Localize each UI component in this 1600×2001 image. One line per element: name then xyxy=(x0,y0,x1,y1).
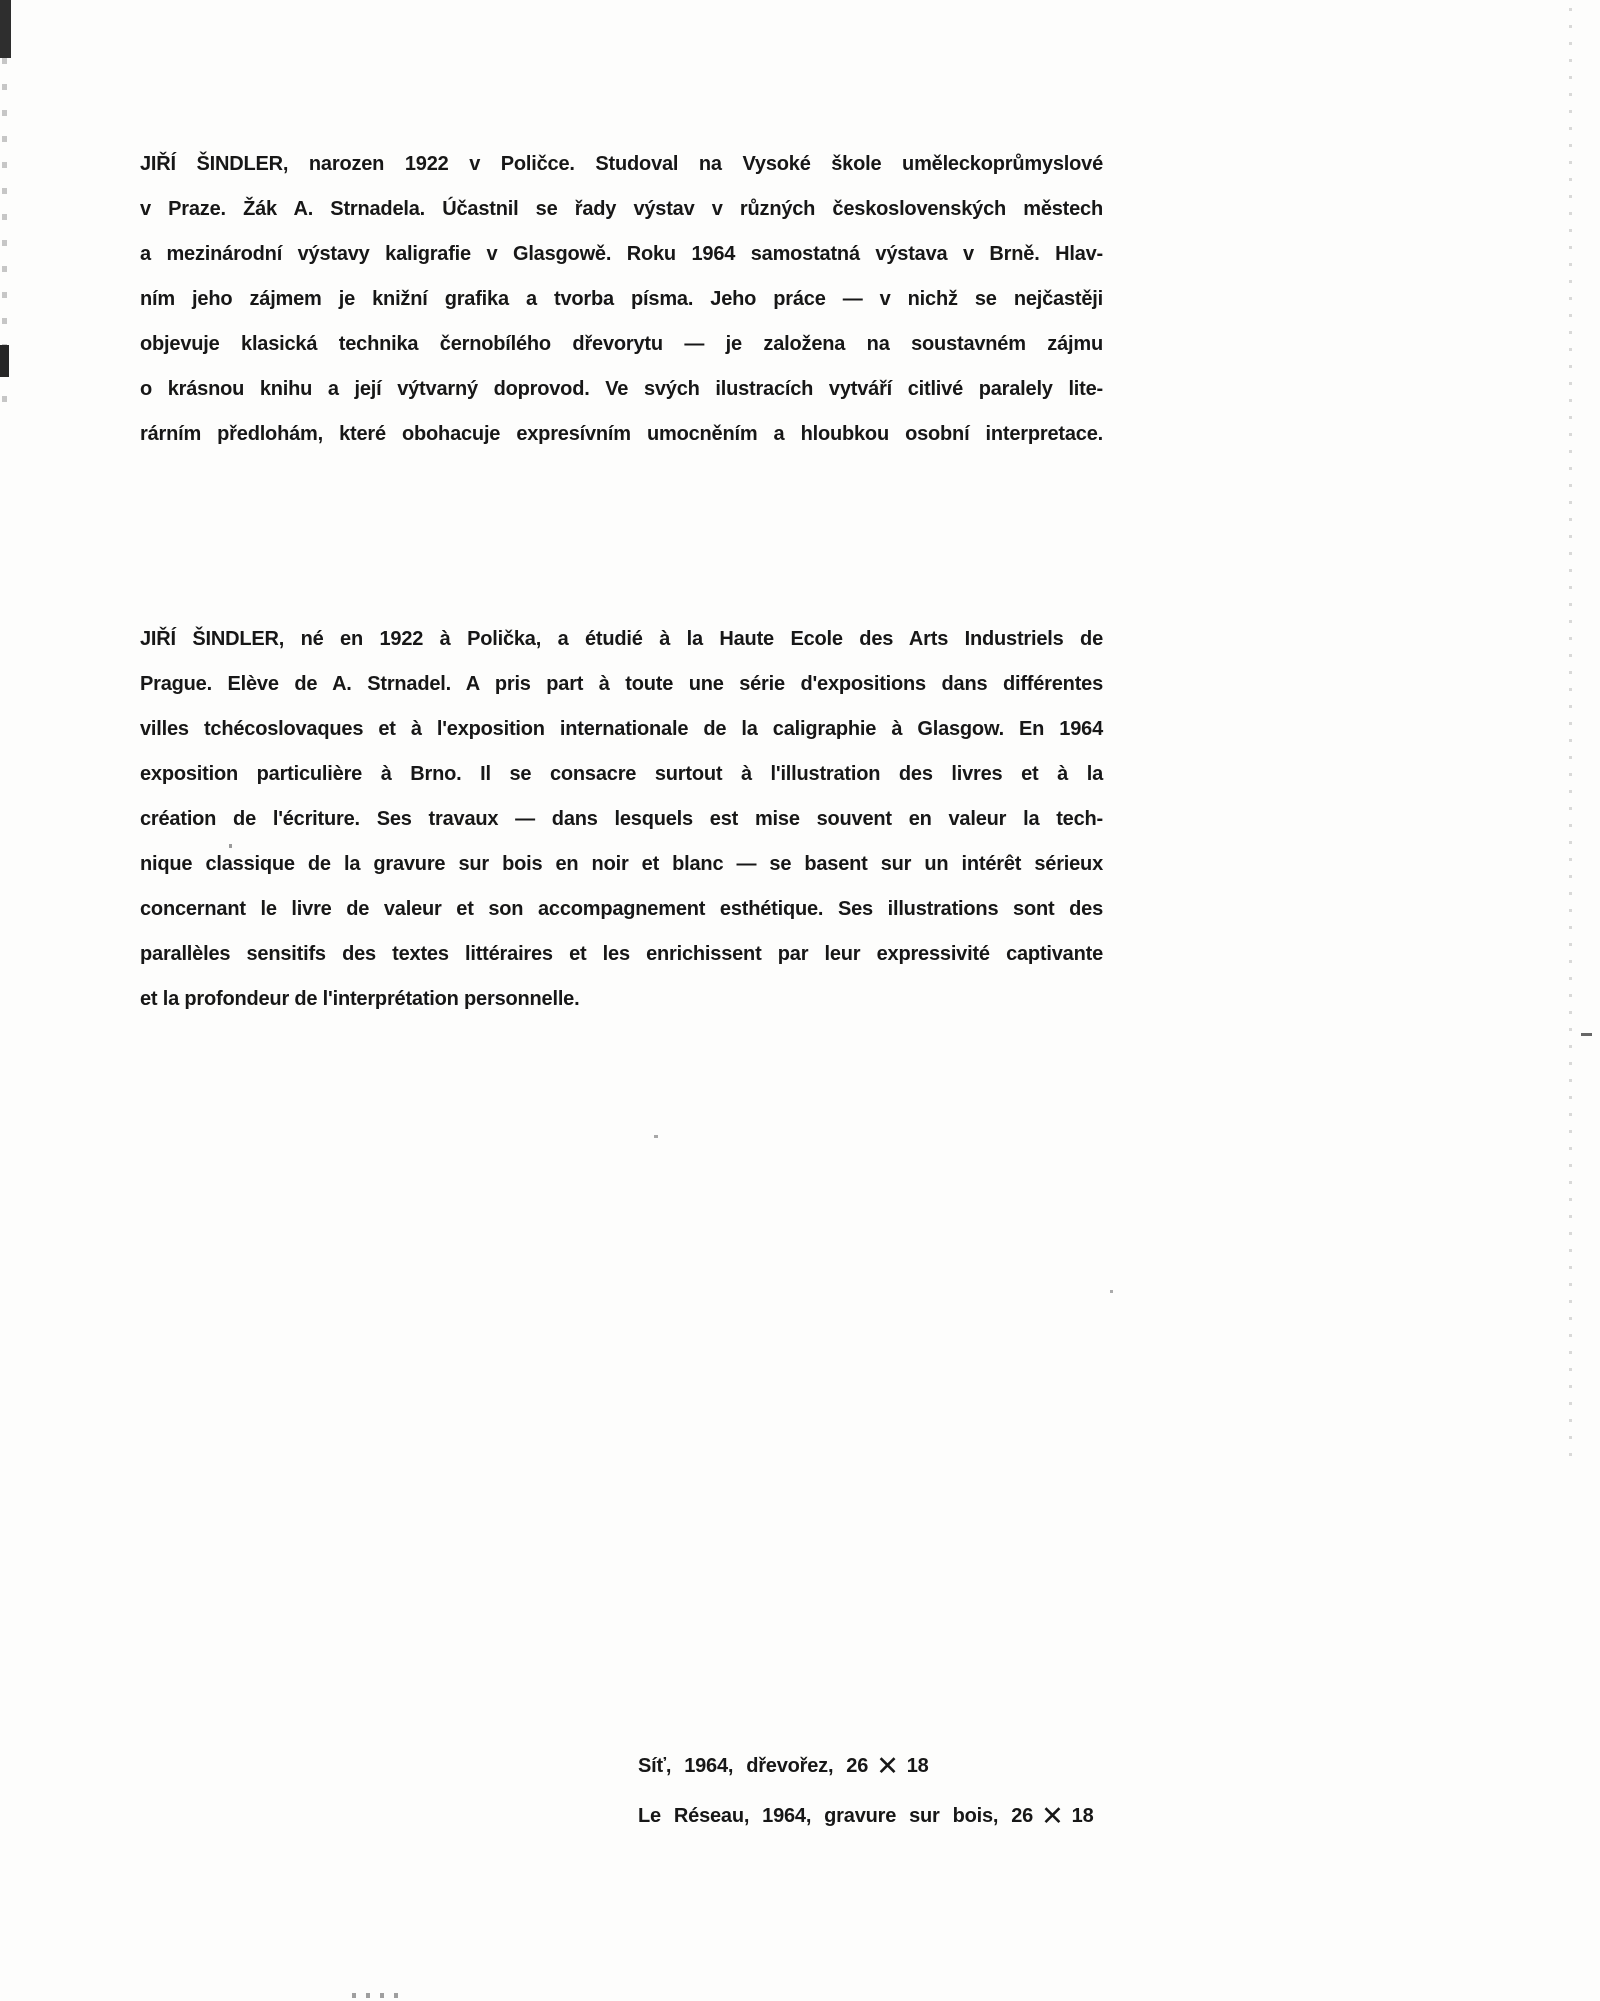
scan-artifact-right-speckle xyxy=(1569,8,1572,1458)
caption-line-french: Le Réseau, 1964, gravure sur bois, 26✕18 xyxy=(638,1791,1138,1841)
french-line-5: création de l'écriture. Ses travaux — da… xyxy=(140,797,1103,842)
artwork-caption: Síť, 1964, dřevořez, 26✕18 Le Réseau, 19… xyxy=(638,1741,1138,1841)
multiplication-x-icon: ✕ xyxy=(1041,1803,1063,1830)
czech-line-1: JIŘÍ ŠINDLER, narozen 1922 v Poličce. St… xyxy=(140,142,1103,187)
french-line-4: exposition particulière à Brno. Il se co… xyxy=(140,752,1103,797)
scanned-book-page: JIŘÍ ŠINDLER, narozen 1922 v Poličce. St… xyxy=(0,0,1600,2001)
multiplication-x-icon: ✕ xyxy=(876,1753,898,1780)
french-line-1: JIŘÍ ŠINDLER, né en 1922 à Polička, a ét… xyxy=(140,617,1103,662)
scan-artifact-left-strip xyxy=(0,0,11,58)
czech-line-3: a mezinárodní výstavy kaligrafie v Glasg… xyxy=(140,232,1103,277)
czech-line-6: o krásnou knihu a její výtvarný doprovod… xyxy=(140,367,1103,412)
czech-line-2: v Praze. Žák A. Strnadela. Účastnil se ř… xyxy=(140,187,1103,232)
czech-line-4: ním jeho zájmem je knižní grafika a tvor… xyxy=(140,277,1103,322)
scan-artifact-left-blob xyxy=(0,345,9,377)
czech-line-7: rárním předlohám, které obohacuje expres… xyxy=(140,412,1103,457)
scan-artifact-speck xyxy=(1110,1290,1113,1293)
scan-artifact-bottom-marks xyxy=(352,1993,400,1998)
scan-artifact-right-dash xyxy=(1581,1033,1592,1036)
french-line-9: et la profondeur de l'interprétation per… xyxy=(140,977,1103,1022)
french-bio-paragraph: JIŘÍ ŠINDLER, né en 1922 à Polička, a ét… xyxy=(140,617,1103,1022)
czech-line-5: objevuje klasická technika černobílého d… xyxy=(140,322,1103,367)
french-line-2: Prague. Elève de A. Strnadel. A pris par… xyxy=(140,662,1103,707)
caption-line-czech: Síť, 1964, dřevořez, 26✕18 xyxy=(638,1741,1138,1791)
caption-french-dimension: 18 xyxy=(1072,1805,1094,1827)
czech-bio-paragraph: JIŘÍ ŠINDLER, narozen 1922 v Poličce. St… xyxy=(140,142,1103,457)
caption-czech-dimension: 18 xyxy=(907,1755,929,1777)
scan-artifact-speck xyxy=(654,1135,658,1138)
caption-czech-text: Síť, 1964, dřevořez, 26 xyxy=(638,1755,868,1777)
scan-artifact-left-dashes xyxy=(2,58,7,408)
french-line-6: nique classique de la gravure sur bois e… xyxy=(140,842,1103,887)
french-line-3: villes tchécoslovaques et à l'exposition… xyxy=(140,707,1103,752)
caption-french-text: Le Réseau, 1964, gravure sur bois, 26 xyxy=(638,1805,1033,1827)
french-line-7: concernant le livre de valeur et son acc… xyxy=(140,887,1103,932)
french-line-8: parallèles sensitifs des textes littérai… xyxy=(140,932,1103,977)
